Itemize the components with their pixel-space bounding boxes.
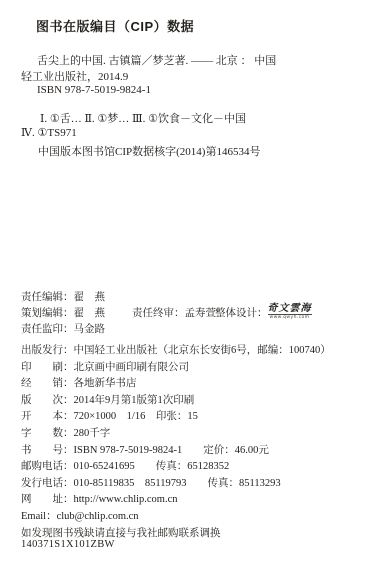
plan-editor-name: 翟 燕	[74, 308, 106, 319]
print-batch-code: 140371S1X101ZBW	[21, 539, 115, 550]
pub-row-distributor-value: 各地新华书店	[74, 378, 137, 389]
pub-row-email: Email：club@chlip.com.cn	[21, 509, 331, 526]
pub-row-mail-order-phone: 邮购电话：010-65241695 传真：65128352	[21, 459, 331, 476]
pub-row-website-label: 网 址：	[21, 492, 74, 509]
pub-row-email-value: club@chlip.com.cn	[57, 511, 139, 522]
pub-row-publisher-value: 中国轻工业出版社（北京东长安街6号，邮编：100740）	[74, 345, 331, 356]
resp-editor-label: 责任编辑：	[21, 292, 74, 303]
final-review: 责任终审：孟寿萱	[132, 305, 216, 320]
pub-row-printer: 印 刷：北京画中画印刷有限公司	[21, 360, 331, 377]
pub-row-email-label: Email：	[21, 509, 57, 526]
editors-row-1: 责任编辑：翟 燕	[21, 289, 361, 303]
pub-row-edition-label: 版 次：	[21, 393, 74, 410]
resp-editor: 责任编辑：翟 燕	[21, 289, 105, 304]
editors-row-3: 责任监印：马金路	[21, 321, 361, 335]
pub-row-book-number-label: 书 号：	[21, 443, 74, 460]
cip-publisher-line: 轻工业出版社，2014.9	[21, 68, 128, 84]
pub-row-format: 开 本：720×1000 1/16 印张：15	[21, 409, 331, 426]
pub-row-book-number-value: ISBN 978-7-5019-9824-1 定价：46.00元	[74, 445, 269, 456]
overall-design: 整体设计：奇文雲海www.qwyh.com	[215, 305, 312, 320]
pub-row-publisher: 出版发行：中国轻工业出版社（北京东长安街6号，邮编：100740）	[21, 343, 331, 360]
plan-editor: 策划编辑：翟 燕	[21, 305, 105, 320]
print-supervisor: 责任监印：马金路	[21, 321, 105, 336]
print-supervisor-name: 马金路	[74, 324, 106, 335]
design-logo-url: www.qwyh.com	[268, 314, 312, 320]
pub-row-distributor: 经 销：各地新华书店	[21, 376, 331, 393]
design-logo: 奇文雲海www.qwyh.com	[268, 304, 312, 320]
cip-classification-2: Ⅳ. ①TS971	[21, 126, 77, 139]
overall-design-label: 整体设计：	[215, 308, 268, 319]
copyright-page: 图书在版编目（CIP）数据 舌尖上的中国. 古镇篇／梦芝著. —— 北京 ： 中…	[0, 0, 375, 567]
pub-row-word-count: 字 数：280千字	[21, 426, 331, 443]
cip-classification-1: Ⅰ. ①舌… Ⅱ. ①梦… Ⅲ. ①饮食－文化－中国	[40, 110, 246, 126]
cip-isbn: ISBN 978-7-5019-9824-1	[37, 84, 151, 96]
pub-row-distribution-phone-value: 010-85119835 85119793 传真：85113293	[74, 478, 281, 489]
pub-row-format-label: 开 本：	[21, 409, 74, 426]
print-supervisor-label: 责任监印：	[21, 324, 74, 335]
pub-row-book-number: 书 号：ISBN 978-7-5019-9824-1 定价：46.00元	[21, 443, 331, 460]
pub-row-edition: 版 次：2014年9月第1版第1次印刷	[21, 393, 331, 410]
design-logo-text: 奇文雲海	[268, 304, 312, 313]
final-review-name: 孟寿萱	[185, 308, 217, 319]
plan-editor-label: 策划编辑：	[21, 308, 74, 319]
cip-title-line: 舌尖上的中国. 古镇篇／梦芝著. —— 北京 ： 中国	[37, 52, 276, 68]
publishing-info-block: 出版发行：中国轻工业出版社（北京东长安街6号，邮编：100740） 印 刷：北京…	[21, 343, 331, 526]
cip-header: 图书在版编目（CIP）数据	[36, 16, 194, 35]
pub-row-distribution-phone-label: 发行电话：	[21, 476, 74, 493]
resp-editor-name: 翟 燕	[74, 292, 106, 303]
pub-row-word-count-label: 字 数：	[21, 426, 74, 443]
defect-exchange-notice: 如发现图书残缺请直接与我社邮购联系调换	[21, 525, 221, 540]
pub-row-format-value: 720×1000 1/16 印张：15	[74, 411, 198, 422]
pub-row-distributor-label: 经 销：	[21, 376, 74, 393]
pub-row-website: 网 址：http://www.chlip.com.cn	[21, 492, 331, 509]
cip-registry-number: 中国版本图书馆CIP数据核字(2014)第146534号	[38, 143, 260, 159]
pub-row-word-count-value: 280千字	[74, 428, 111, 439]
pub-row-mail-order-phone-label: 邮购电话：	[21, 459, 74, 476]
pub-row-printer-value: 北京画中画印刷有限公司	[74, 362, 190, 373]
pub-row-publisher-label: 出版发行：	[21, 343, 74, 360]
pub-row-mail-order-phone-value: 010-65241695 传真：65128352	[74, 461, 230, 472]
editors-row-2: 策划编辑：翟 燕 责任终审：孟寿萱 整体设计：奇文雲海www.qwyh.com	[21, 305, 361, 319]
pub-row-website-value: http://www.chlip.com.cn	[74, 494, 178, 505]
pub-row-edition-value: 2014年9月第1版第1次印刷	[74, 395, 195, 406]
pub-row-printer-label: 印 刷：	[21, 360, 74, 377]
pub-row-distribution-phone: 发行电话：010-85119835 85119793 传真：85113293	[21, 476, 331, 493]
final-review-label: 责任终审：	[132, 308, 185, 319]
